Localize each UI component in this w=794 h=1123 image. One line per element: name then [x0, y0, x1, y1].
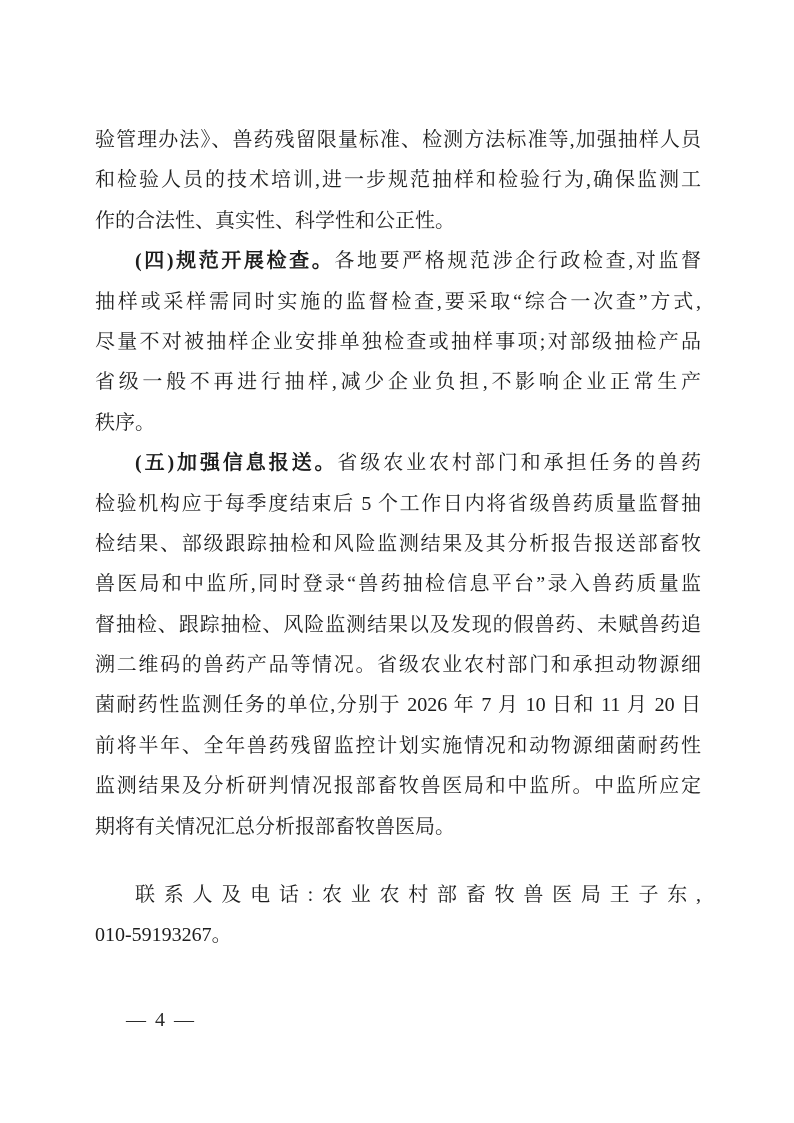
paragraph-text: 秩序。: [95, 412, 155, 434]
text-line: 尽量不对被抽样企业安排单独检查或抽样事项;对部级抽检产品: [95, 322, 701, 362]
paragraph-text: 省级一般不再进行抽样,减少企业负担,不影响企业正常生产: [95, 371, 701, 393]
paragraph-section-4-paragraph: (四)规范开展检查。各地要严格规范涉企行政检查,对监督抽样或采样需同时实施的监督…: [95, 241, 701, 443]
document-body: 验管理办法》、兽药残留限量标准、检测方法标准等,加强抽样人员和检验人员的技术培训…: [95, 120, 701, 847]
text-line: 检验机构应于每季度结束后 5 个工作日内将省级兽药质量监督抽: [95, 484, 701, 524]
paragraph-continuation-paragraph: 验管理办法》、兽药残留限量标准、检测方法标准等,加强抽样人员和检验人员的技术培训…: [95, 120, 701, 241]
text-line: 菌耐药性监测任务的单位,分别于 2026 年 7 月 10 日和 11 月 20…: [95, 685, 701, 725]
text-line: 监测结果及分析研判情况报部畜牧兽医局和中监所。中监所应定: [95, 766, 701, 806]
text-line: 检结果、部级跟踪抽检和风险监测结果及其分析报告报送部畜牧: [95, 524, 701, 564]
document-page: 验管理办法》、兽药残留限量标准、检测方法标准等,加强抽样人员和检验人员的技术培训…: [0, 0, 794, 1123]
paragraph-text: 兽医局和中监所,同时登录“兽药抽检信息平台”录入兽药质量监: [95, 573, 701, 595]
paragraph-text: 期将有关情况汇总分析报部畜牧兽医局。: [95, 816, 455, 838]
text-line: 兽医局和中监所,同时登录“兽药抽检信息平台”录入兽药质量监: [95, 564, 701, 604]
contact-section: 联系人及电话:农业农村部畜牧兽医局王子东, 010-59193267。: [95, 875, 701, 956]
text-line: (五)加强信息报送。省级农业农村部门和承担任务的兽药: [95, 443, 701, 483]
paragraph-text: 尽量不对被抽样企业安排单独检查或抽样事项;对部级抽检产品: [95, 331, 701, 353]
text-line: 验管理办法》、兽药残留限量标准、检测方法标准等,加强抽样人员: [95, 120, 701, 160]
text-line: 作的合法性、真实性、科学性和公正性。: [95, 201, 701, 241]
paragraph-text: 溯二维码的兽药产品等情况。省级农业农村部门和承担动物源细: [95, 654, 701, 676]
page-number: — 4 —: [126, 1006, 196, 1034]
section-heading: (四)规范开展检查。: [135, 250, 334, 272]
paragraph-text: 抽样或采样需同时实施的监督检查,要采取“综合一次查”方式,: [95, 291, 701, 313]
text-line: (四)规范开展检查。各地要严格规范涉企行政检查,对监督: [95, 241, 701, 281]
paragraph-section-5-paragraph: (五)加强信息报送。省级农业农村部门和承担任务的兽药检验机构应于每季度结束后 5…: [95, 443, 701, 847]
paragraph-text: 作的合法性、真实性、科学性和公正性。: [95, 210, 455, 232]
paragraph-text: 前将半年、全年兽药残留监控计划实施情况和动物源细菌耐药性: [95, 735, 701, 757]
paragraph-text: 督抽检、跟踪抽检、风险监测结果以及发现的假兽药、未赋兽药追: [95, 614, 701, 636]
paragraph-text: 菌耐药性监测任务的单位,分别于 2026 年 7 月 10 日和 11 月 20…: [95, 694, 701, 716]
text-line: 和检验人员的技术培训,进一步规范抽样和检验行为,确保监测工: [95, 160, 701, 200]
paragraph-text: 和检验人员的技术培训,进一步规范抽样和检验行为,确保监测工: [95, 169, 701, 191]
text-line: 抽样或采样需同时实施的监督检查,要采取“综合一次查”方式,: [95, 282, 701, 322]
paragraph-text: 检结果、部级跟踪抽检和风险监测结果及其分析报告报送部畜牧: [95, 533, 701, 555]
paragraph-text: 验管理办法》、兽药残留限量标准、检测方法标准等,加强抽样人员: [95, 129, 701, 151]
paragraph-text: 监测结果及分析研判情况报部畜牧兽医局和中监所。中监所应定: [95, 775, 701, 797]
text-line: 溯二维码的兽药产品等情况。省级农业农村部门和承担动物源细: [95, 645, 701, 685]
contact-phone: 010-59193267。: [95, 915, 701, 955]
text-line: 省级一般不再进行抽样,减少企业负担,不影响企业正常生产: [95, 362, 701, 402]
paragraph-text: 省级农业农村部门和承担任务的兽药: [337, 452, 701, 474]
text-line: 督抽检、跟踪抽检、风险监测结果以及发现的假兽药、未赋兽药追: [95, 605, 701, 645]
text-line: 秩序。: [95, 403, 701, 443]
contact-line: 联系人及电话:农业农村部畜牧兽医局王子东,: [95, 875, 701, 915]
text-line: 前将半年、全年兽药残留监控计划实施情况和动物源细菌耐药性: [95, 726, 701, 766]
section-heading: (五)加强信息报送。: [135, 452, 337, 474]
text-line: 期将有关情况汇总分析报部畜牧兽医局。: [95, 807, 701, 847]
paragraph-text: 各地要严格规范涉企行政检查,对监督: [334, 250, 701, 272]
paragraph-text: 检验机构应于每季度结束后 5 个工作日内将省级兽药质量监督抽: [95, 493, 701, 515]
